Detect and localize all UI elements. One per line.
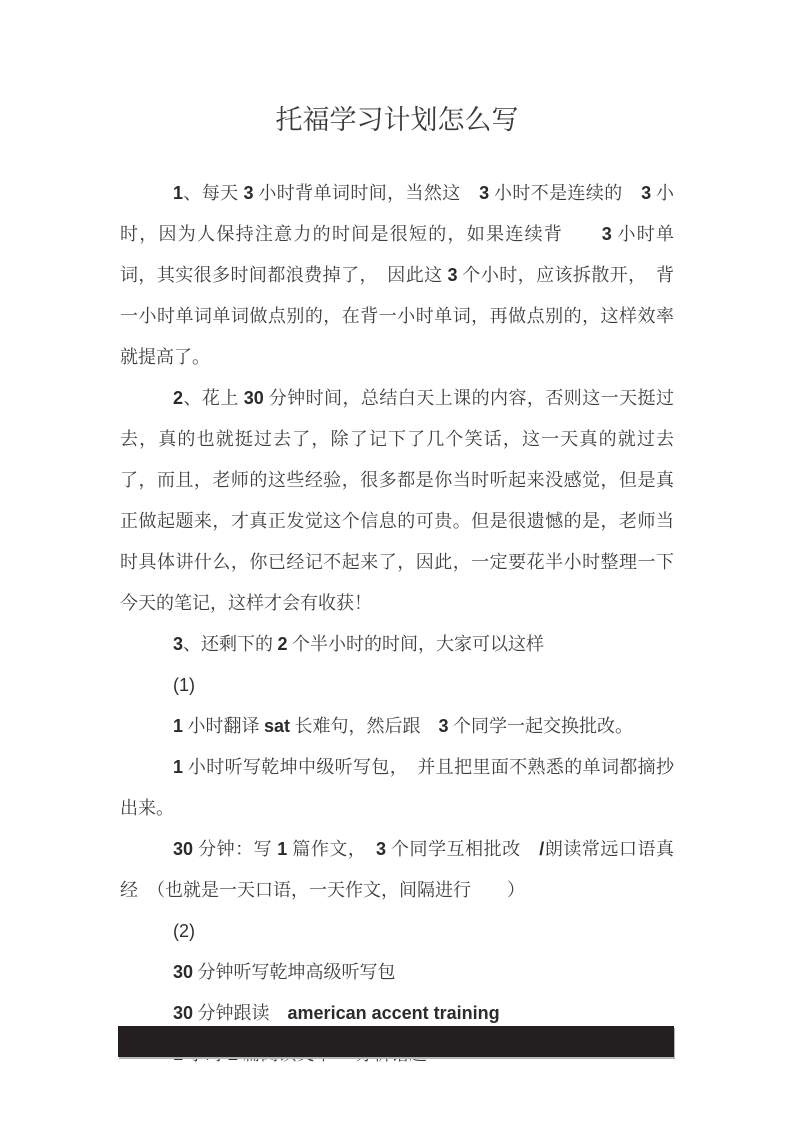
document-title: 托福学习计划怎么写 [120, 98, 674, 137]
emphasis-number: 3 [439, 716, 449, 736]
document-body: 1、每天 3 小时背单词时间，当然这 3 小时不是连续的 3 小时，因为人保持注… [120, 173, 674, 1075]
paragraph: 3、还剩下的 2 个半小时的时间，大家可以这样 [120, 624, 674, 665]
paragraph: (1) [120, 665, 674, 706]
emphasis-number: 3 [173, 634, 183, 654]
text-run: 小时背单词时间，当然这 [253, 183, 479, 203]
emphasis-number: 30 [173, 962, 193, 982]
emphasis-number: 30 [173, 1003, 193, 1023]
footer-bar [118, 1026, 674, 1057]
emphasis-number: 30 [244, 388, 264, 408]
paragraph: 30 分钟：写 1 篇作文， 3 个同学互相批改 /朗读常远口语真经 （也就是一… [120, 829, 674, 911]
text-run: 、每天 [183, 183, 243, 203]
emphasis-number: 1 [173, 716, 183, 736]
paragraph: 30 分钟听写乾坤高级听写包 [120, 952, 674, 993]
paragraph: 1 小时听写乾坤中级听写包， 并且把里面不熟悉的单词都摘抄出来。 [120, 747, 674, 829]
emphasis-number: 3 [641, 183, 651, 203]
text-run: 、还剩下的 [183, 634, 278, 654]
emphasis-number: 1 [173, 757, 183, 777]
paragraph: 1、每天 3 小时背单词时间，当然这 3 小时不是连续的 3 小时，因为人保持注… [120, 173, 674, 378]
text-run: 个同学互相批改 [386, 839, 539, 859]
emphasis-number: 1 [173, 183, 183, 203]
emphasis-number: 3 [376, 839, 386, 859]
emphasis-number: 2 [278, 634, 288, 654]
emphasis-number: 2 [173, 388, 183, 408]
text-run: 个同学一起交换批改。 [449, 716, 634, 736]
emphasis-number: 3 [479, 183, 489, 203]
emphasis-number: 1 [277, 839, 287, 859]
text-run: 个半小时的时间，大家可以这样 [288, 634, 545, 654]
text-run: 分钟时间，总结白天上课的内容，否则这一天挺过去，真的也就挺过去了，除了记下了几个… [120, 388, 674, 613]
paragraph: (2) [120, 911, 674, 952]
emphasis-number: 3 [243, 183, 253, 203]
text-run: 分钟跟读 [193, 1003, 288, 1023]
text-run: 小时翻译 [183, 716, 264, 736]
emphasis-number: 3 [447, 265, 457, 285]
text-run: 、花上 [183, 388, 244, 408]
text-run: 小时听写乾坤中级听写包， 并且把里面不熟悉的单词都摘抄出来。 [120, 757, 674, 818]
text-run: 篇作文， [287, 839, 376, 859]
text-run: 小时不是连续的 [489, 183, 641, 203]
list-marker: (2) [173, 921, 195, 941]
document-page: 托福学习计划怎么写 1、每天 3 小时背单词时间，当然这 3 小时不是连续的 3… [0, 0, 794, 1123]
emphasis-number: sat [264, 716, 290, 736]
paragraph: 2、花上 30 分钟时间，总结白天上课的内容，否则这一天挺过去，真的也就挺过去了… [120, 378, 674, 624]
text-run: 长难句，然后跟 [290, 716, 439, 736]
emphasis-number: american accent training [288, 1003, 500, 1023]
paragraph: 1 小时翻译 sat 长难句，然后跟 3 个同学一起交换批改。 [120, 706, 674, 747]
emphasis-number: 30 [173, 839, 193, 859]
list-marker: (1) [173, 675, 195, 695]
text-run: 分钟听写乾坤高级听写包 [193, 962, 396, 982]
emphasis-number: 3 [602, 224, 612, 244]
text-run: 分钟：写 [193, 839, 277, 859]
